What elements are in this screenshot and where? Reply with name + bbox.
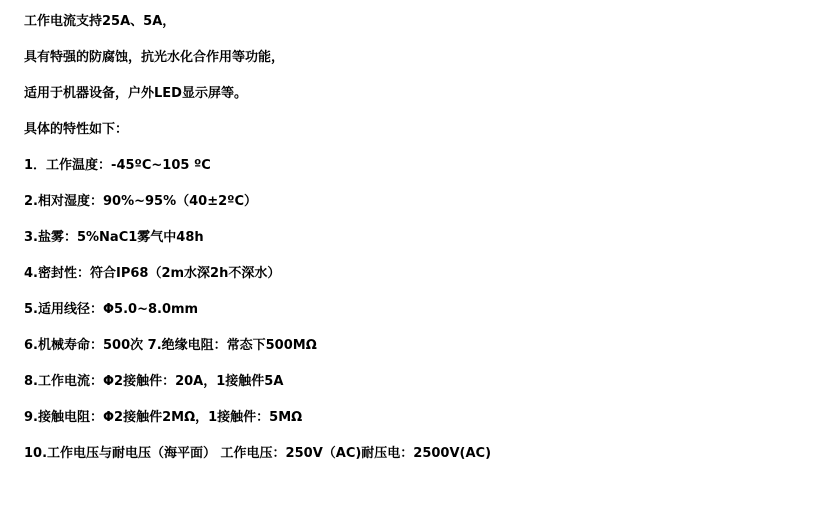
spec-wire-diameter: 5.适用线径：Φ5.0~8.0mm bbox=[24, 300, 804, 336]
intro-features: 具有特强的防腐蚀，抗光水化合作用等功能， bbox=[24, 48, 804, 84]
spec-operating-current: 8.工作电流：Φ2接触件：20A，1接触件5A bbox=[24, 372, 804, 408]
spec-salt-spray: 3.盐雾：5%NaC1雾气中48h bbox=[24, 228, 804, 264]
spec-relative-humidity: 2.相对湿度：90%~95%（40±2ºC） bbox=[24, 192, 804, 228]
spec-sealing: 4.密封性：符合IP68（2m水深2h不深水） bbox=[24, 264, 804, 300]
intro-applications: 适用于机器设备，户外LED显示屏等。 bbox=[24, 84, 804, 120]
spec-operating-temperature: 1．工作温度：-45ºC~105 ºC bbox=[24, 156, 804, 192]
intro-current-support: 工作电流支持25A、5A， bbox=[24, 12, 804, 48]
spec-mechanical-life-insulation: 6.机械寿命：500次 7.绝缘电阻：常态下500MΩ bbox=[24, 336, 804, 372]
spec-voltage: 10.工作电压与耐电压（海平面） 工作电压：250V（AC)耐压电：2500V(… bbox=[24, 444, 804, 480]
spec-contact-resistance: 9.接触电阻：Φ2接触件2MΩ，1接触件：5MΩ bbox=[24, 408, 804, 444]
spec-heading: 具体的特性如下： bbox=[24, 120, 804, 156]
product-description: 工作电流支持25A、5A， 具有特强的防腐蚀，抗光水化合作用等功能， 适用于机器… bbox=[24, 12, 804, 480]
